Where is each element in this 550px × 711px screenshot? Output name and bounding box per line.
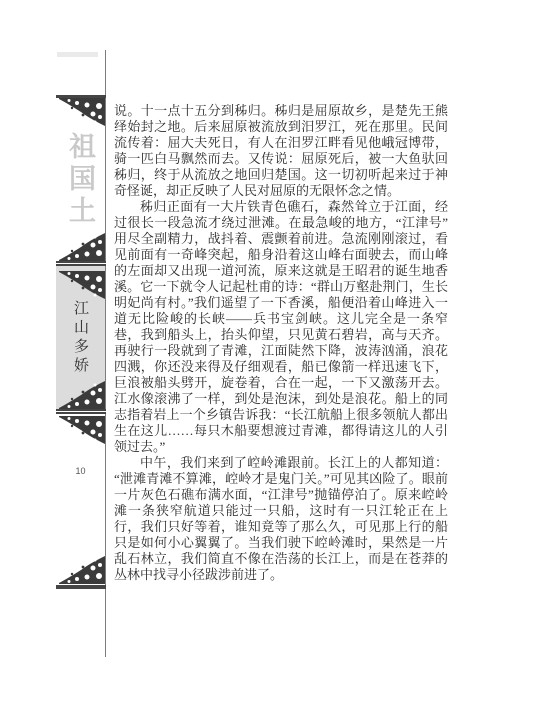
paragraph: 中午，我们来到了崆岭滩跟前。长江上的人都知道：“泄滩青滩不算滩，崆岭才是鬼门关。… — [114, 455, 448, 583]
paragraph-continuation: 说。十一点十五分到秭归。秭归是屈原故乡，是楚先王熊绎始封之地。后来屈原被流放到汨… — [114, 103, 448, 199]
book-title: 祖国土 — [61, 132, 100, 228]
sidebar-bottom-border — [56, 585, 106, 589]
sidebar-divider — [56, 261, 106, 266]
corner-ornament-icon — [59, 556, 105, 584]
corner-ornament-icon — [59, 98, 105, 126]
paragraph: 秭归正面有一大片铁青色礁石，森然耸立于江面，经过很长一段急流才绕过泄滩。在最急峻… — [114, 199, 448, 455]
corner-ornament-icon — [59, 233, 105, 261]
book-page: 祖国土 江山多娇 10 说。十一点十五分到秭归。秭归是屈原故乡，是楚先王熊绎始封… — [0, 0, 550, 711]
corner-ornament-icon — [59, 271, 105, 299]
sidebar-divider — [56, 409, 106, 414]
sidebar-vertical-rule — [105, 50, 106, 657]
corner-ornament-icon — [59, 416, 105, 444]
corner-ornament-icon — [59, 381, 105, 409]
faded-print-artifact — [57, 52, 98, 57]
chapter-title: 江山多娇 — [70, 300, 91, 376]
body-text: 说。十一点十五分到秭归。秭归是屈原故乡，是楚先王熊绎始封之地。后来屈原被流放到汨… — [114, 103, 448, 583]
page-number: 10 — [56, 466, 105, 476]
